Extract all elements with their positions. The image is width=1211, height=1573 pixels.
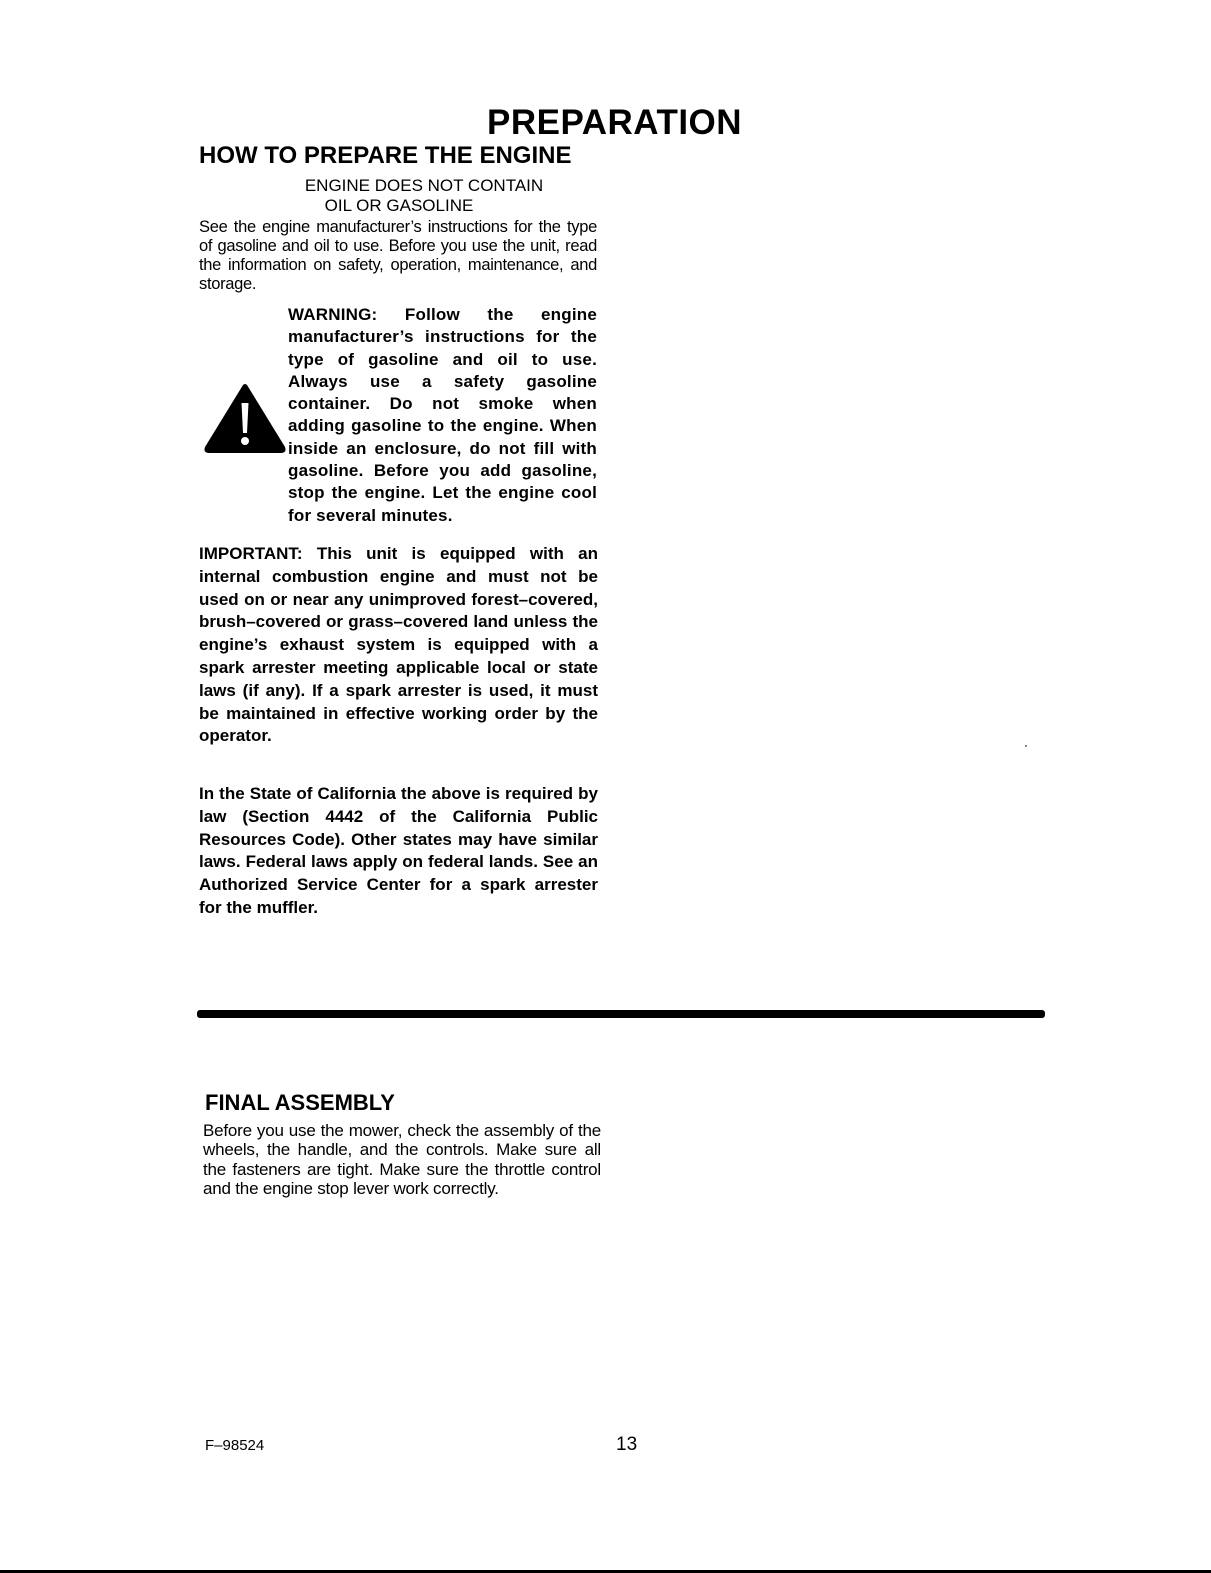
california-notice: In the State of California the above is …	[199, 783, 598, 920]
document-number: F–98524	[205, 1437, 264, 1454]
final-assembly-text: Before you use the mower, check the asse…	[203, 1121, 601, 1198]
engine-subheading-line1: ENGINE DOES NOT CONTAIN	[199, 176, 624, 196]
engine-subheading-line2: OIL OR GASOLINE	[199, 196, 599, 216]
final-assembly-heading: FINAL ASSEMBLY	[205, 1090, 395, 1116]
page-number: 13	[616, 1434, 637, 1456]
engine-intro-text: See the engine manufacturer’s instructio…	[199, 218, 597, 294]
section-title: PREPARATION	[487, 103, 742, 143]
important-notice: IMPORTANT: This unit is equipped with an…	[199, 543, 598, 748]
engine-heading: HOW TO PREPARE THE ENGINE	[199, 142, 571, 170]
scan-speck	[1025, 745, 1027, 747]
warning-text: WARNING: Follow the engine manufacturer’…	[288, 304, 597, 527]
warning-triangle-icon	[203, 383, 287, 455]
section-divider	[197, 1010, 1045, 1018]
